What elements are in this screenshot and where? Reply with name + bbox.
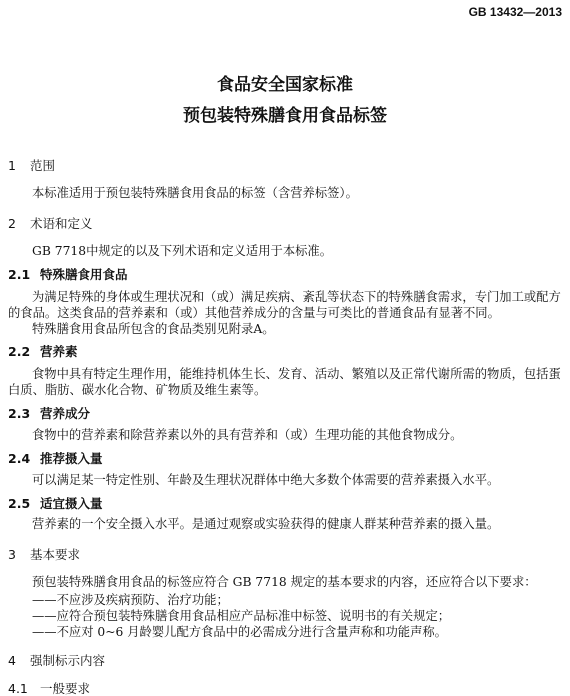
section-heading-2-4: 2.4推荐摄入量: [8, 449, 103, 467]
section-number: 2.3: [8, 406, 40, 421]
section-heading-2-3: 2.3营养成分: [8, 404, 90, 422]
section-2-2-body-line2: 白质、脂肪、碳水化合物、矿物质及维生素等。: [8, 382, 564, 398]
section-heading-3: 3基本要求: [8, 545, 80, 563]
section-2-5-body: 营养素的一个安全摄入水平。是通过观察或实验获得的健康人群某种营养素的摄入量。: [8, 516, 570, 532]
section-heading-4: 4强制标示内容: [8, 651, 105, 669]
section-label: 强制标示内容: [30, 653, 105, 668]
section-label: 范围: [30, 158, 55, 173]
section-2-4-body: 可以满足某一特定性别、年龄及生理状况群体中绝大多数个体需要的营养素摄入水平。: [8, 472, 570, 488]
section-2-body: GB 7718中规定的以及下列术语和定义适用于本标准。: [8, 243, 570, 259]
section-number: 2.1: [8, 267, 40, 282]
section-number: 2.2: [8, 344, 40, 359]
section-number: 4: [8, 653, 30, 668]
section-heading-2-1: 2.1特殊膳食用食品: [8, 265, 128, 283]
section-heading-2-5: 2.5适宜摄入量: [8, 494, 103, 512]
section-2-3-body: 食物中的营养素和除营养素以外的具有营养和（或）生理功能的其他食物成分。: [8, 427, 570, 443]
section-2-1-body-line3: 特殊膳食用食品所包含的食品类别见附录A。: [8, 321, 570, 337]
document-subtitle: 预包装特殊膳食用食品标签: [0, 101, 570, 126]
section-heading-4-1: 4.1一般要求: [8, 679, 90, 696]
section-number: 1: [8, 158, 30, 173]
section-label: 一般要求: [40, 681, 90, 696]
section-number: 2.5: [8, 496, 40, 511]
section-2-1-body-line2: 的食品。这类食品的营养素和（或）其他营养成分的含量与可类比的普通食品有显著不同。: [8, 305, 564, 321]
section-number: 2: [8, 216, 30, 231]
document-title: 食品安全国家标准: [0, 70, 570, 95]
section-number: 3: [8, 547, 30, 562]
section-2-1-body-line1: 为满足特殊的身体或生理状况和（或）满足疾病、紊乱等状态下的特殊膳食需求，专门加工…: [8, 289, 570, 305]
section-label: 适宜摄入量: [40, 496, 103, 511]
section-number: 2.4: [8, 451, 40, 466]
section-heading-2: 2术语和定义: [8, 214, 93, 232]
section-label: 推荐摄入量: [40, 451, 103, 466]
section-1-body: 本标准适用于预包装特殊膳食用食品的标签（含营养标签）。: [8, 185, 570, 201]
section-heading-2-2: 2.2营养素: [8, 342, 78, 360]
section-label: 营养成分: [40, 406, 90, 421]
section-label: 特殊膳食用食品: [40, 267, 128, 282]
standard-code: GB 13432—2013: [469, 5, 562, 19]
section-heading-1: 1范围: [8, 156, 55, 174]
section-label: 营养素: [40, 344, 78, 359]
section-3-body: 预包装特殊膳食用食品的标签应符合 GB 7718 规定的基本要求的内容，还应符合…: [8, 574, 570, 590]
section-label: 基本要求: [30, 547, 80, 562]
section-2-2-body-line1: 食物中具有特定生理作用，能维持机体生长、发育、活动、繁殖以及正常代谢所需的物质，…: [8, 366, 570, 382]
section-label: 术语和定义: [30, 216, 93, 231]
section-number: 4.1: [8, 681, 40, 696]
requirement-item: ——不应对 0~6 月龄婴儿配方食品中的必需成分进行含量声称和功能声称。: [32, 622, 447, 640]
